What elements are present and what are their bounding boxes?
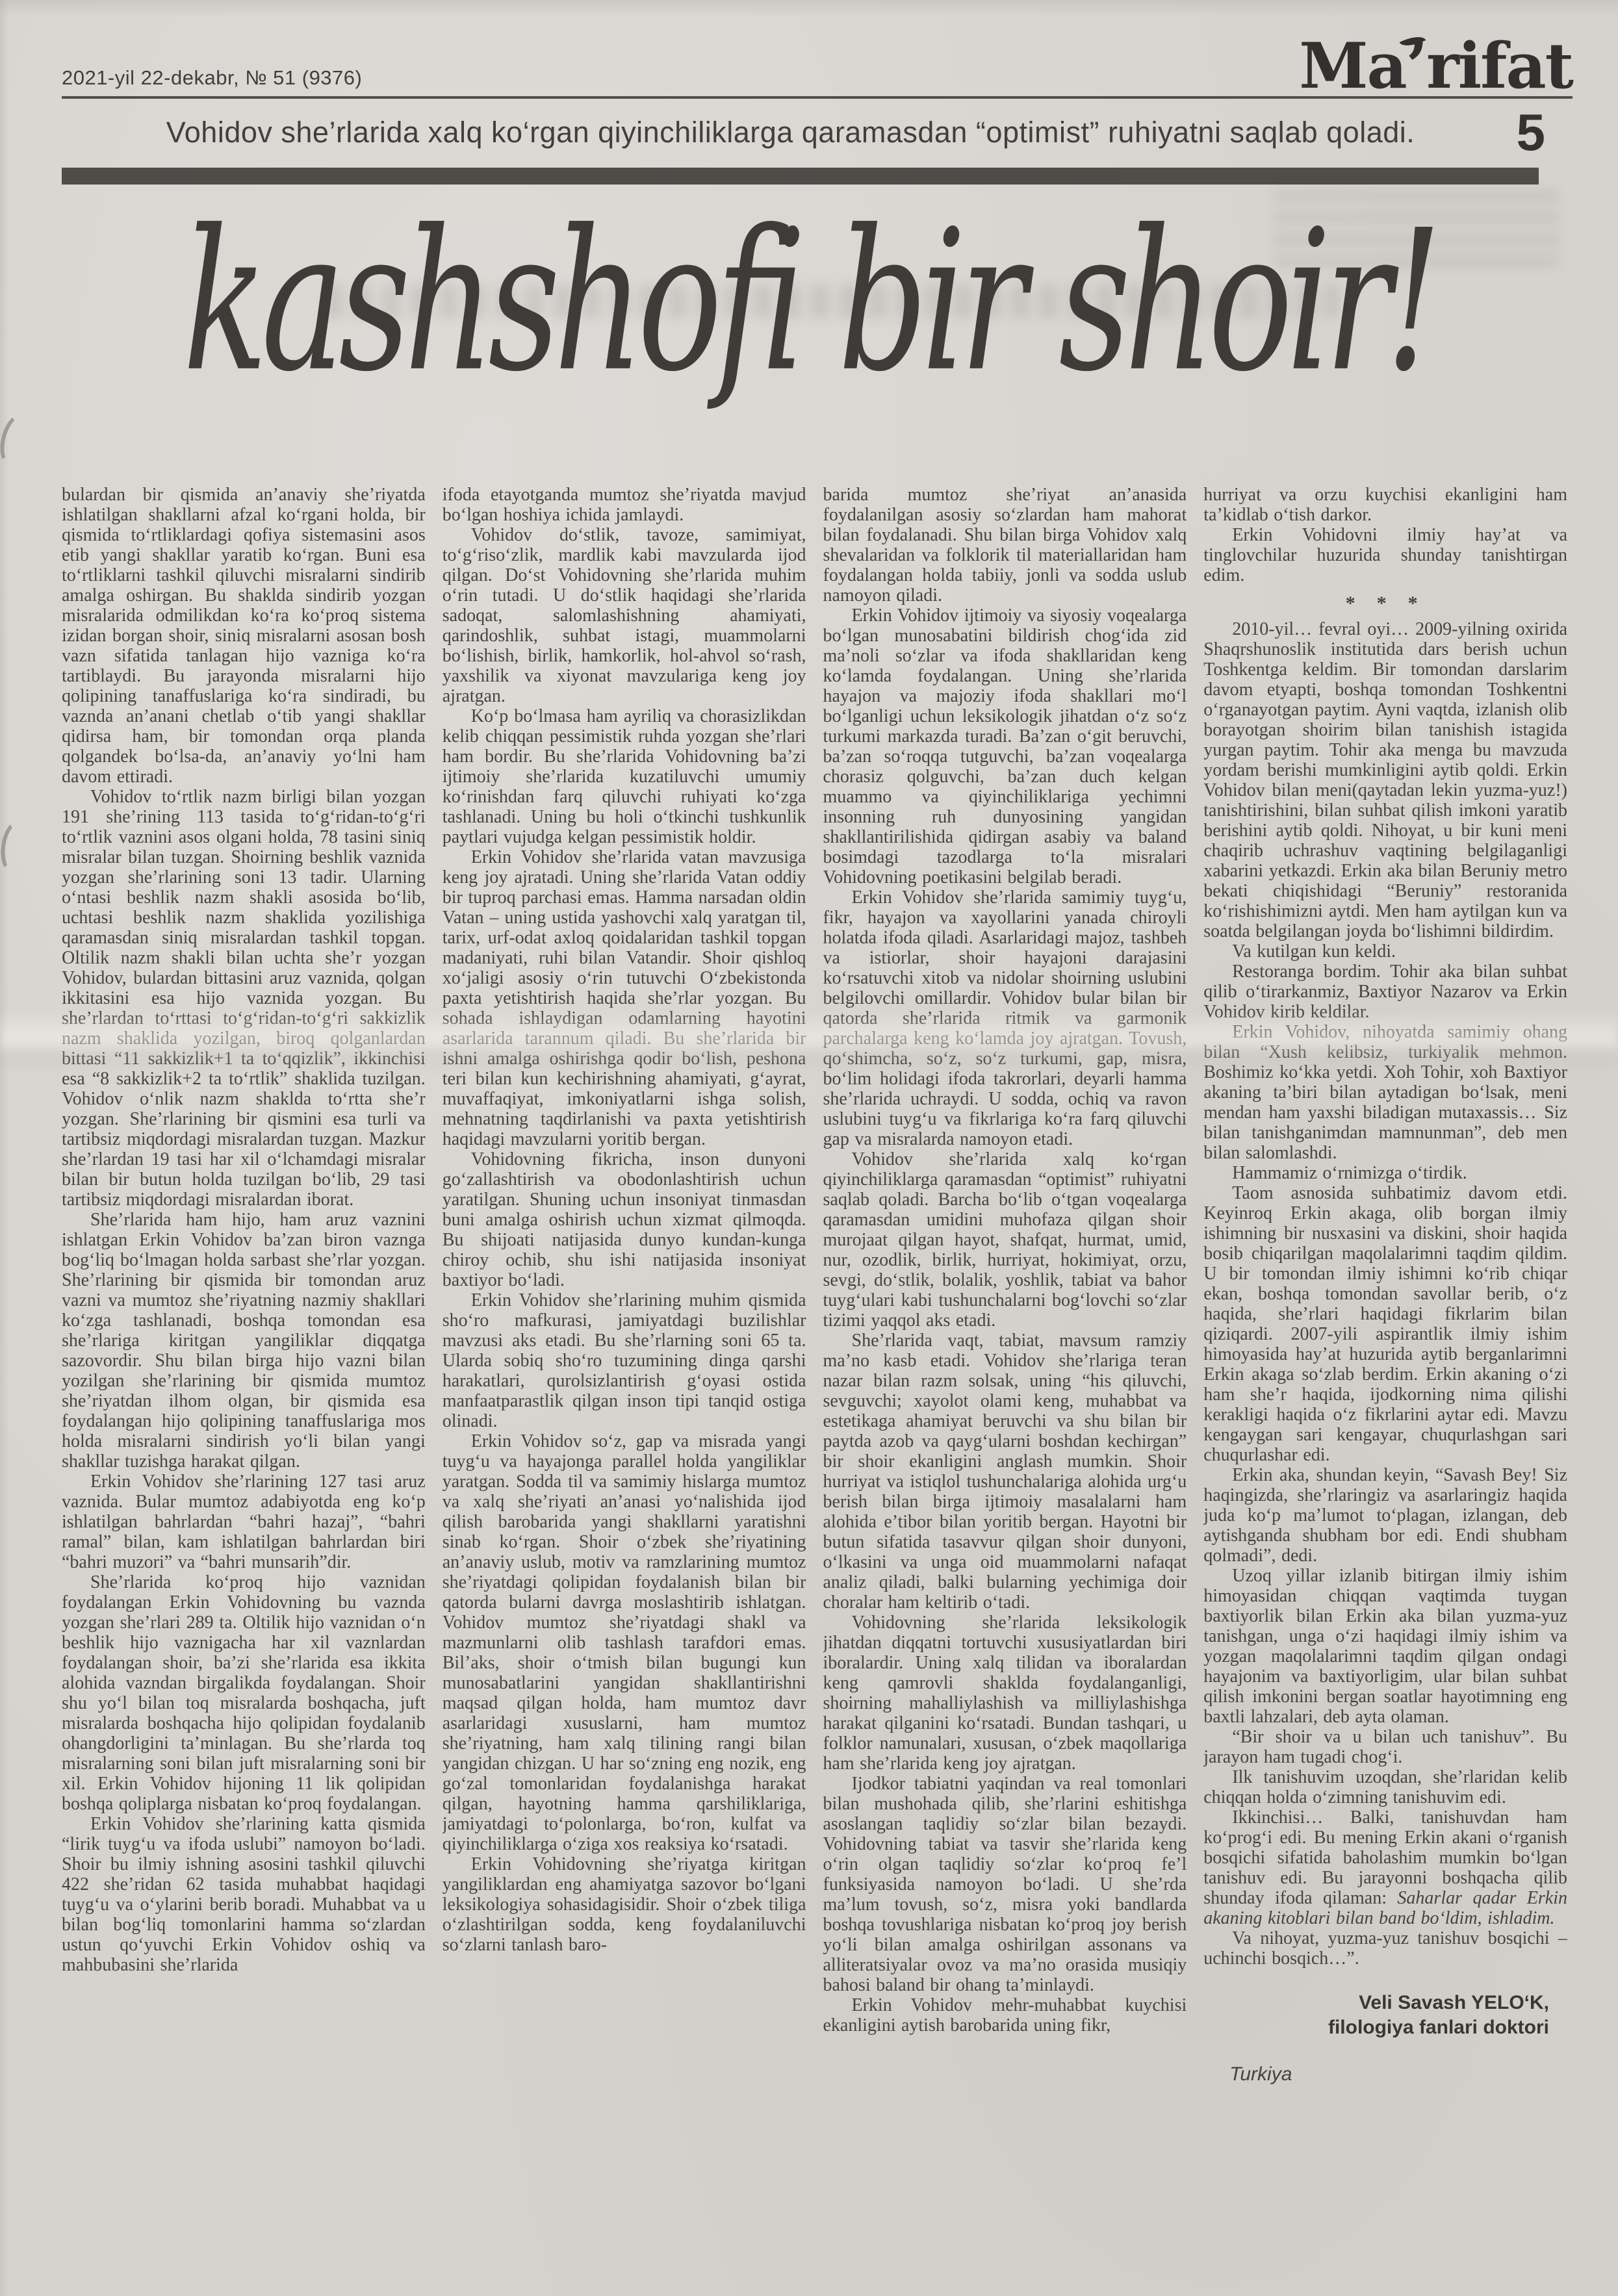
paragraph: Vohidovning she’rlarida leksikologik jih… — [823, 1613, 1187, 1774]
article-column-1: bulardan bir qismida an’anaviy she’riyat… — [62, 485, 426, 2291]
paragraph: Vohidov do‘stlik, tavoze, samimiyat, to‘… — [443, 525, 806, 706]
paragraph: Vohidovning fikricha, inson dunyoni go‘z… — [443, 1149, 806, 1290]
article-column-2: ifoda etayotganda mumtoz she’riyatda mav… — [443, 485, 806, 2291]
italic-phrase: Saharlar qadar Erkin akaning kitoblari b… — [1203, 1888, 1567, 1928]
paragraph: “Bir shoir va u bilan uch tanishuv”. Bu … — [1203, 1727, 1567, 1767]
paragraph: Taom asnosida suhbatimiz davom etdi. Key… — [1203, 1183, 1567, 1465]
header-row-top: 2021-yil 22-dekabr, № 51 (9376) Ma’rifat — [62, 38, 1573, 95]
page-header: 2021-yil 22-dekabr, № 51 (9376) Ma’rifat… — [0, 0, 1618, 185]
paragraph: She’rlarida vaqt, tabiat, mavsum ramziy … — [823, 1331, 1187, 1613]
paragraph: Va kutilgan kun keldi. — [1203, 941, 1567, 962]
article-column-3: barida mumtoz she’riyat an’anasida foyda… — [823, 485, 1187, 2291]
paragraph: barida mumtoz she’riyat an’anasida foyda… — [823, 485, 1187, 606]
paragraph: Erkin aka, shundan keyin, “Savash Bey! S… — [1203, 1465, 1567, 1566]
paragraph: * * * — [1203, 585, 1567, 619]
issue-date: 2021-yil 22-dekabr, № 51 (9376) — [62, 66, 362, 95]
column-4-paragraphs: hurriyat va orzu kuychisi ekanligini ham… — [1203, 485, 1567, 1969]
paragraph: Ilk tanishuvim uzoqdan, she’rlaridan kel… — [1203, 1767, 1567, 1807]
paragraph: bulardan bir qismida an’anaviy she’riyat… — [62, 485, 426, 787]
paragraph: She’rlarida ham hijo, ham aruz vaznini i… — [62, 1210, 426, 1472]
paragraph: Vohidov she’rlarida xalq ko‘rgan qiyinch… — [823, 1149, 1187, 1331]
author-name: Veli Savash YELO‘K, — [1203, 1991, 1567, 2015]
article-column-4: hurriyat va orzu kuychisi ekanligini ham… — [1203, 485, 1567, 2291]
paragraph: Erkin Vohidov she’rlarida vatan mavzusig… — [443, 847, 806, 1149]
paragraph: Erkin Vohidov so‘z, gap va misrada yangi… — [443, 1431, 806, 1854]
paragraph: Ijodkor tabiatni yaqindan va real tomonl… — [823, 1774, 1187, 1995]
paragraph: Hammamiz o‘rnimizga o‘tirdik. — [1203, 1163, 1567, 1183]
paragraph: Vohidov to‘rtlik nazm birligi bilan yozg… — [62, 787, 426, 1210]
paragraph: Erkin Vohidovni ilmiy hay’at va tinglovc… — [1203, 525, 1567, 585]
paragraph: Erkin Vohidov she’rlarida samimiy tuyg‘u… — [823, 887, 1187, 1149]
paragraph: hurriyat va orzu kuychisi ekanligini ham… — [1203, 485, 1567, 525]
paragraph: Erkin Vohidovning she’riyatga kiritgan y… — [443, 1854, 806, 1955]
paragraph: Erkin Vohidov she’rlarining 127 tasi aru… — [62, 1472, 426, 1572]
headline-area: kashshofi bir shoir! — [0, 194, 1618, 459]
newspaper-page: 2021-yil 22-dekabr, № 51 (9376) Ma’rifat… — [0, 0, 1618, 2296]
paragraph: She’rlarida ko‘proq hijo vaznidan foydal… — [62, 1572, 426, 1814]
author-country: Turkiya — [1203, 2063, 1567, 2086]
header-row-standfirst: Vohidov she’rlarida xalq ko‘rgan qiyinch… — [62, 107, 1573, 159]
paragraph: 2010-yil… fevral oyi… 2009-yilning oxiri… — [1203, 619, 1567, 941]
paragraph: Erkin Vohidov she’rlarining muhim qismid… — [443, 1290, 806, 1431]
paragraph: Erkin Vohidov she’rlarining katta qismid… — [62, 1814, 426, 1975]
paragraph: Ikkinchisi… Balki, tanishuvdan ham ko‘pr… — [1203, 1807, 1567, 1928]
paragraph: ifoda etayotganda mumtoz she’riyatda mav… — [443, 485, 806, 525]
paragraph: Restoranga bordim. Tohir aka bilan suhba… — [1203, 962, 1567, 1022]
paragraph: Erkin Vohidov, nihoyatda samimiy ohang b… — [1203, 1022, 1567, 1163]
author-title: filologiya fanlari doktori — [1203, 2015, 1567, 2040]
masthead-logo: Ma’rifat — [1299, 38, 1573, 95]
standfirst: Vohidov she’rlarida xalq ko‘rgan qiyinch… — [62, 116, 1441, 149]
article-body: bulardan bir qismida an’anaviy she’riyat… — [0, 485, 1618, 2291]
paragraph: Erkin Vohidov ijtimoiy va siyosiy voqeal… — [823, 606, 1187, 887]
paragraph: Va nihoyat, yuzma-yuz tanishuv bosqichi … — [1203, 1928, 1567, 1969]
paragraph: Erkin Vohidov mehr-muhabbat kuychisi eka… — [823, 1995, 1187, 2035]
page-number: 5 — [1441, 107, 1573, 159]
headline: kashshofi bir shoir! — [183, 181, 1435, 424]
masthead-text: Ma’rifat — [1299, 29, 1573, 103]
signature-block: Veli Savash YELO‘K, filologiya fanlari d… — [1203, 1991, 1567, 2086]
paragraph: Uzoq yillar izlanib bitirgan ilmiy ishim… — [1203, 1566, 1567, 1727]
paragraph: Ko‘p bo‘lmasa ham ayriliq va chorasizlik… — [443, 706, 806, 847]
